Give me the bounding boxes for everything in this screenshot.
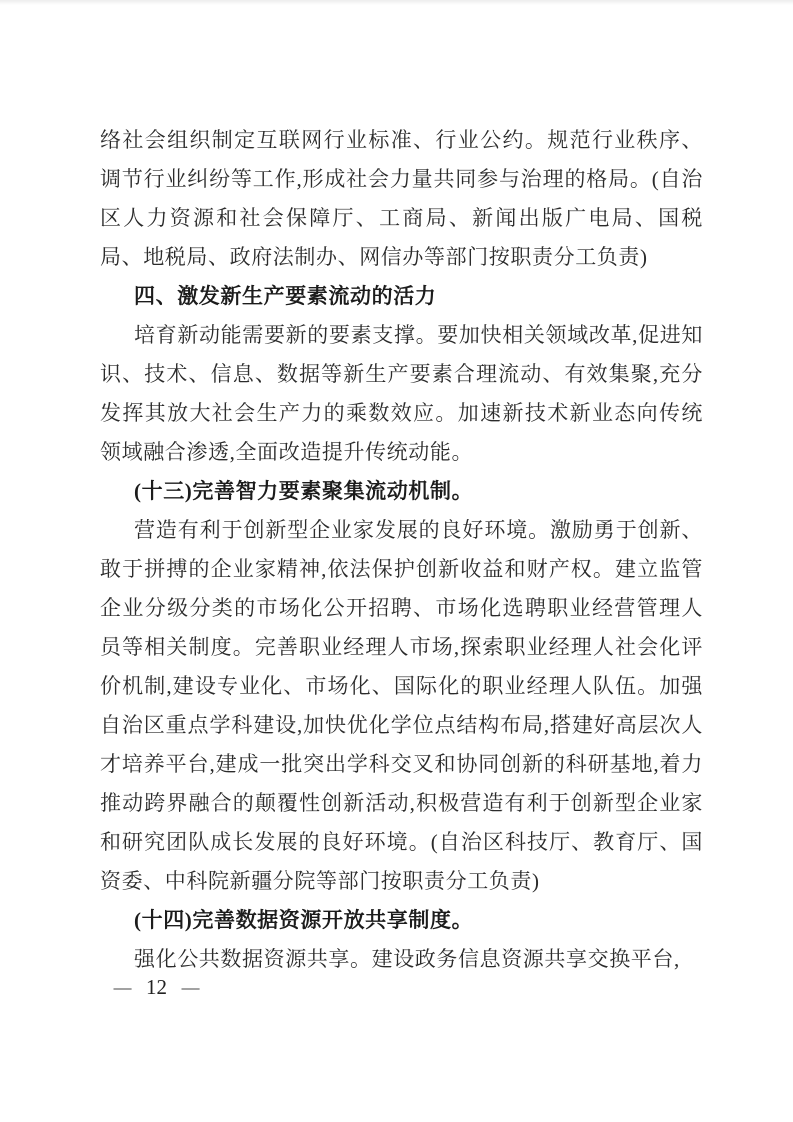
section-heading-four: 四、激发新生产要素流动的活力 — [100, 277, 703, 316]
subsection-heading-fourteen: (十四)完善数据资源开放共享制度。 — [100, 901, 703, 940]
document-body: 络社会组织制定互联网行业标准、行业公约。规范行业秩序、调节行业纠纷等工作,形成社… — [100, 121, 703, 979]
paragraph-new-momentum: 培育新动能需要新的要素支撑。要加快相关领域改革,促进知识、技术、信息、数据等新生… — [100, 316, 703, 472]
page-number: 12 — [146, 974, 167, 1000]
page-footer: — 12 — — [112, 974, 201, 1000]
footer-dash-left: — — [114, 974, 132, 1000]
document-page: 络社会组织制定互联网行业标准、行业公约。规范行业秩序、调节行业纠纷等工作,形成社… — [0, 0, 793, 1122]
subsection-heading-thirteen: (十三)完善智力要素聚集流动机制。 — [100, 472, 703, 511]
paragraph-intellectual-elements: 营造有利于创新型企业家发展的良好环境。激励勇于创新、敢于拼搏的企业家精神,依法保… — [100, 511, 703, 901]
paragraph-continued: 络社会组织制定互联网行业标准、行业公约。规范行业秩序、调节行业纠纷等工作,形成社… — [100, 121, 703, 277]
footer-dash-right: — — [182, 974, 200, 1000]
scan-edge-artifact — [0, 0, 793, 5]
